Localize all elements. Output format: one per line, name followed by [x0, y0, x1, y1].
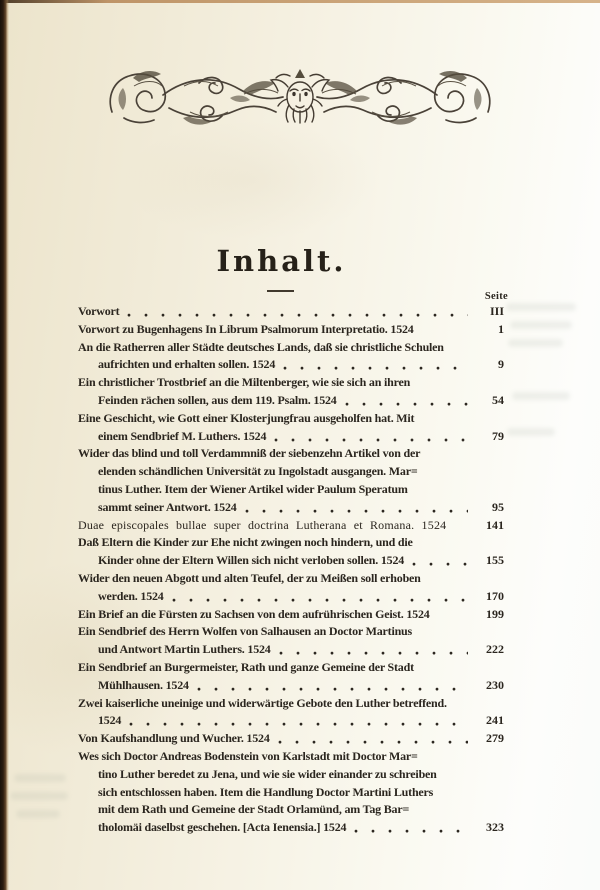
toc-line-text: sich entschlossen haben. Item die Handlu…	[98, 784, 433, 802]
toc-page-number	[470, 695, 504, 713]
page-column-header: Seite	[78, 291, 508, 302]
page-title: Inhalt.	[69, 244, 494, 278]
toc-line: werden. 1524 170	[78, 588, 504, 606]
toc-page-number: 9	[470, 356, 504, 374]
toc-line: Wes sich Doctor Andreas Bodenstein von K…	[78, 748, 504, 766]
toc-line: sammt seiner Antwort. 1524 95	[78, 499, 504, 517]
show-through-mark	[512, 392, 570, 400]
toc-page-number: 95	[470, 499, 504, 517]
dot-leader	[278, 730, 468, 748]
toc-line: Vorwort III	[78, 303, 504, 321]
toc-page-number: 230	[470, 677, 504, 695]
dot-leader	[420, 445, 470, 463]
dot-leader	[437, 766, 470, 784]
toc-line: Ein Sendbrief an Burgermeister, Rath und…	[78, 659, 504, 677]
toc-line-text: elenden schändlichen Universität zu Ingo…	[98, 463, 417, 481]
toc-line-text: tholomäi daselbst geschehen. [Acta Ienen…	[98, 819, 346, 837]
toc-line: tino Luther beredet zu Jena, und wie sie…	[78, 766, 504, 784]
toc-line-text: Eine Geschicht, wie Gott einer Klosterju…	[78, 410, 414, 428]
toc-line: Duae episcopales bullae super doctrina L…	[78, 517, 504, 535]
show-through-mark	[507, 428, 555, 436]
dot-leader	[444, 339, 470, 357]
toc-line-text: einem Sendbrief M. Luthers. 1524	[98, 428, 266, 446]
toc-line: tinus Luther. Item der Wiener Artikel wi…	[78, 481, 504, 499]
toc-line-text: An die Ratherren aller Städte deutsches …	[78, 339, 444, 357]
dot-leader	[430, 606, 470, 624]
toc-page-number: 241	[470, 712, 504, 730]
toc-line: Eine Geschicht, wie Gott einer Klosterju…	[78, 410, 504, 428]
toc-page-number: 279	[470, 730, 504, 748]
toc-page-number: III	[470, 303, 504, 321]
dot-leader	[413, 534, 470, 552]
toc-line-text: Kinder ohne der Eltern Willen sich nicht…	[98, 552, 404, 570]
toc-line-text: Ein Brief an die Fürsten zu Sachsen von …	[78, 606, 430, 624]
dot-leader	[446, 517, 470, 535]
dot-leader	[421, 570, 470, 588]
show-through-mark	[506, 303, 576, 311]
dot-leader	[409, 801, 470, 819]
toc-page-number	[470, 534, 504, 552]
toc-line: und Antwort Martin Luthers. 1524 222	[78, 641, 504, 659]
toc-page-number	[470, 801, 504, 819]
toc-page-number	[470, 463, 504, 481]
toc-line: Ein Sendbrief des Herrn Wolfen von Salha…	[78, 623, 504, 641]
dot-leader	[127, 303, 468, 321]
toc-line-text: mit dem Rath und Gemeine der Stadt Orlam…	[98, 801, 409, 819]
toc-line: Feinden rächen sollen, aus dem 119. Psal…	[78, 392, 504, 410]
toc-line-text: Ein Sendbrief an Burgermeister, Rath und…	[78, 659, 414, 677]
toc-line: Daß Eltern die Kinder zur Ehe nicht zwin…	[78, 534, 504, 552]
toc-line-text: 1524	[98, 712, 121, 730]
toc-line: elenden schändlichen Universität zu Ingo…	[78, 463, 504, 481]
toc-page-number	[470, 374, 504, 392]
toc-line-text: sammt seiner Antwort. 1524	[98, 499, 237, 517]
toc-page-number	[470, 445, 504, 463]
toc-line-text: Daß Eltern die Kinder zur Ehe nicht zwin…	[78, 534, 413, 552]
foliate-mask-headpiece-ornament	[104, 68, 496, 126]
toc-line-text: Wider das blind und toll Verdammniß der …	[78, 445, 420, 463]
toc-line: Mühlhausen. 1524 230	[78, 677, 504, 695]
toc-line: Ein Brief an die Fürsten zu Sachsen von …	[78, 606, 504, 624]
toc-line-text: tinus Luther. Item der Wiener Artikel wi…	[98, 481, 408, 499]
toc-line-text: Wes sich Doctor Andreas Bodenstein von K…	[78, 748, 418, 766]
dot-leader	[283, 356, 468, 374]
toc-line: Zwei kaiserliche uneinige und widerwärti…	[78, 695, 504, 713]
dot-leader	[412, 623, 470, 641]
toc-line-text: aufrichten und erhalten sollen. 1524	[98, 356, 275, 374]
dot-leader	[345, 392, 468, 410]
toc-line-text: Ein Sendbrief des Herrn Wolfen von Salha…	[78, 623, 412, 641]
toc-line-text: Duae episcopales bullae super doctrina L…	[78, 517, 446, 535]
dot-leader	[172, 588, 468, 606]
dot-leader	[412, 552, 468, 570]
dot-leader	[274, 428, 468, 446]
toc-page-number: 54	[470, 392, 504, 410]
toc-page-number: 155	[470, 552, 504, 570]
toc-page-number	[470, 659, 504, 677]
toc-line-text: Ein christlicher Trostbrief an die Milte…	[78, 374, 410, 392]
toc-page-number: 79	[470, 428, 504, 446]
toc-line-text: tino Luther beredet zu Jena, und wie sie…	[98, 766, 437, 784]
dot-leader	[354, 819, 468, 837]
show-through-mark	[10, 792, 68, 800]
dot-leader	[129, 712, 468, 730]
toc-page-number: 170	[470, 588, 504, 606]
toc-page-number: 199	[470, 606, 504, 624]
dot-leader	[418, 748, 470, 766]
toc-line: Wider das blind und toll Verdammniß der …	[78, 445, 504, 463]
toc-line: 1524 241	[78, 712, 504, 730]
toc-line: Ein christlicher Trostbrief an die Milte…	[78, 374, 504, 392]
toc-line-text: Feinden rächen sollen, aus dem 119. Psal…	[98, 392, 337, 410]
dot-leader	[433, 784, 470, 802]
toc-page-number	[470, 339, 504, 357]
toc-line: tholomäi daselbst geschehen. [Acta Ienen…	[78, 819, 504, 837]
show-through-mark	[16, 810, 60, 818]
toc-line: Vorwort zu Bugenhagens In Librum Psalmor…	[78, 321, 504, 339]
toc-page-number: 1	[470, 321, 504, 339]
dot-leader	[197, 677, 468, 695]
show-through-mark	[510, 321, 572, 329]
toc-line-text: Mühlhausen. 1524	[98, 677, 189, 695]
toc-line-text: Von Kaufshandlung und Wucher. 1524	[78, 730, 270, 748]
toc-line: mit dem Rath und Gemeine der Stadt Orlam…	[78, 801, 504, 819]
mask-face-icon	[271, 69, 329, 123]
toc-line: einem Sendbrief M. Luthers. 1524 79	[78, 428, 504, 446]
paper-stain	[120, 120, 380, 240]
dot-leader	[414, 659, 470, 677]
page-top-edge	[0, 0, 600, 3]
toc-page-number: 323	[470, 819, 504, 837]
toc-line-text: Vorwort	[78, 303, 119, 321]
dot-leader	[417, 463, 470, 481]
book-gutter-edge	[0, 0, 9, 890]
toc-line: An die Ratherren aller Städte deutsches …	[78, 339, 504, 357]
toc-page-number	[470, 748, 504, 766]
toc-line: Wider den neuen Abgott und alten Teufel,…	[78, 570, 504, 588]
dot-leader	[447, 695, 470, 713]
dot-leader	[414, 410, 470, 428]
dot-leader	[414, 321, 470, 339]
toc-page-number	[470, 481, 504, 499]
toc-line-text: Wider den neuen Abgott und alten Teufel,…	[78, 570, 421, 588]
toc-line: Von Kaufshandlung und Wucher. 1524 279	[78, 730, 504, 748]
toc-page-number: 141	[470, 517, 504, 535]
toc-line: sich entschlossen haben. Item die Handlu…	[78, 784, 504, 802]
show-through-mark	[508, 339, 563, 347]
toc-line: aufrichten und erhalten sollen. 1524 9	[78, 356, 504, 374]
toc-page-number	[470, 623, 504, 641]
dot-leader	[245, 499, 468, 517]
toc-page-number	[470, 570, 504, 588]
toc-line: Kinder ohne der Eltern Willen sich nicht…	[78, 552, 504, 570]
show-through-mark	[14, 774, 66, 782]
toc-line-text: werden. 1524	[98, 588, 164, 606]
toc-page-number: 222	[470, 641, 504, 659]
dot-leader	[279, 641, 468, 659]
dot-leader	[410, 374, 470, 392]
toc-page-number	[470, 766, 504, 784]
toc-line-text: Zwei kaiserliche uneinige und widerwärti…	[78, 695, 447, 713]
dot-leader	[408, 481, 470, 499]
toc-page-number	[470, 410, 504, 428]
toc-line-text: und Antwort Martin Luthers. 1524	[98, 641, 271, 659]
toc-line-text: Vorwort zu Bugenhagens In Librum Psalmor…	[78, 321, 414, 339]
toc-page-number	[470, 784, 504, 802]
scanned-book-page: Inhalt. Seite Vorwort III Vorwort zu Bug…	[0, 0, 600, 890]
toc-list: Vorwort III Vorwort zu Bugenhagens In Li…	[78, 303, 504, 837]
